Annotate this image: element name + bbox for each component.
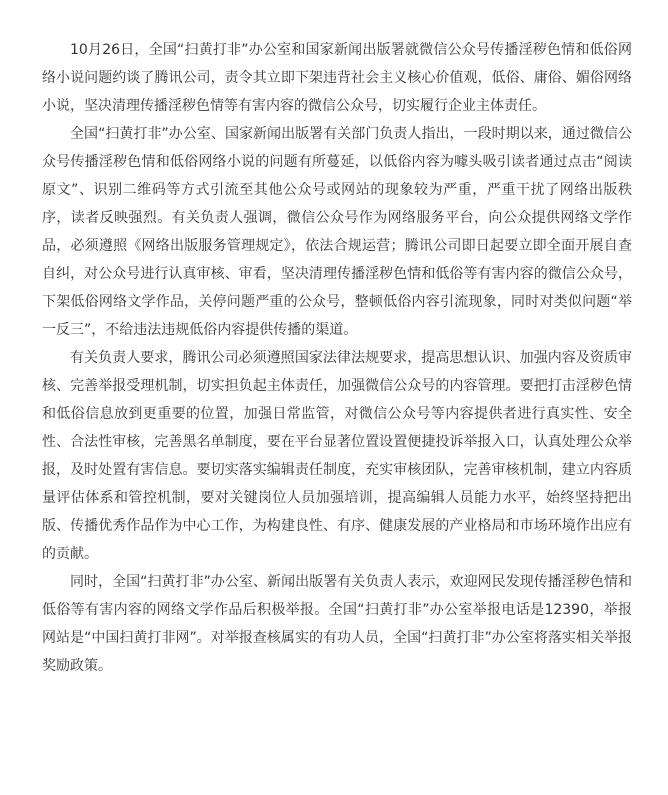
- article-body: 10月26日，全国“扫黄打非”办公室和国家新闻出版署就微信公众号传播淫秽色情和低…: [42, 36, 632, 680]
- paragraph-announcement: 10月26日，全国“扫黄打非”办公室和国家新闻出版署就微信公众号传播淫秽色情和低…: [42, 36, 632, 120]
- paragraph-reporting-info: 同时，全国“扫黄打非”办公室、新闻出版署有关负责人表示，欢迎网民发现传播淫秽色情…: [42, 568, 632, 680]
- paragraph-requirements: 有关负责人要求，腾讯公司必须遵照国家法律法规要求，提高思想认识、加强内容及资质审…: [42, 344, 632, 568]
- paragraph-problem-statement: 全国“扫黄打非”办公室、国家新闻出版署有关部门负责人指出，一段时期以来，通过微信…: [42, 120, 632, 344]
